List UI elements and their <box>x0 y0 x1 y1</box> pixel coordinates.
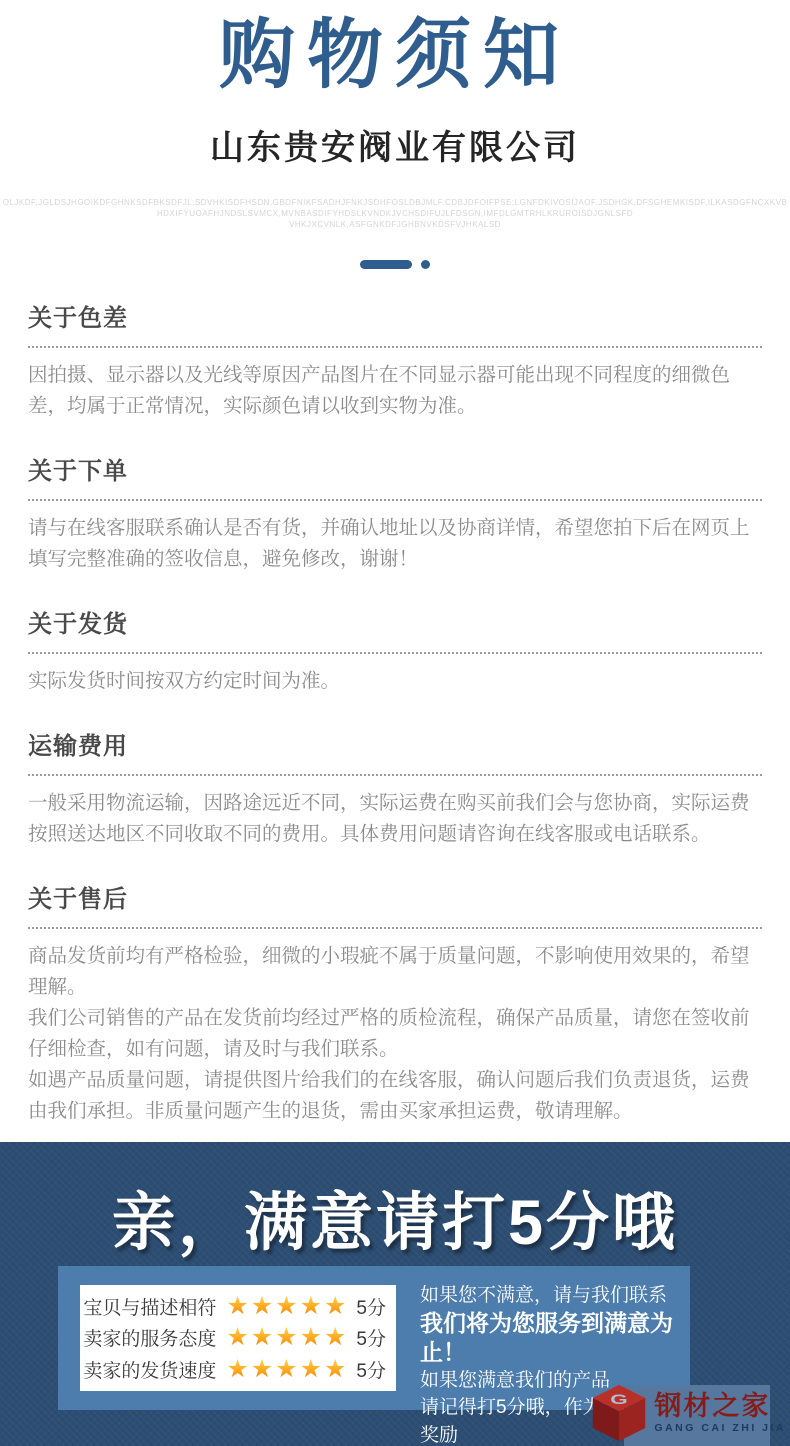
dotted-divider <box>28 927 762 929</box>
brand-name-cn: 钢材之家 <box>654 1393 786 1420</box>
section-paragraph: 实际发货时间按双方约定时间为准。 <box>28 666 762 697</box>
rating-label: 卖家的发货速度 <box>83 1356 216 1383</box>
section-freight-cost: 运输费用 一般采用物流运输，因路途远近不同，实际运费在购买前我们会与您协商，实际… <box>28 726 762 850</box>
section-paragraph: 我们公司销售的产品在发货前均经过严格的质检流程，确保产品质量，请您在签收前仔细检… <box>28 1003 762 1065</box>
svg-text:G: G <box>611 1391 629 1407</box>
rating-score: 5分 <box>356 1356 386 1383</box>
fineprint-line: VHKJXCVNLK,ASFGNKDFJGHBNVKDSFVJHKALSD <box>0 219 790 230</box>
section-heading: 关于色差 <box>28 298 762 333</box>
star-rating-icon: ★★★★★ <box>226 1325 348 1350</box>
dotted-divider <box>28 499 762 501</box>
message-line: 我们将为您服务到满意为止！ <box>420 1309 690 1367</box>
section-paragraph: 一般采用物流运输，因路途远近不同，实际运费在购买前我们会与您协商，实际运费按照送… <box>28 788 762 850</box>
section-heading: 运输费用 <box>28 726 762 761</box>
rating-banner: 亲，满意请打5分哦 宝贝与描述相符 ★★★★★ 5分 卖家的服务态度 ★★★★★… <box>0 1142 790 1446</box>
page-title: 购物须知 <box>0 14 790 98</box>
star-rating-icon: ★★★★★ <box>226 1357 348 1382</box>
section-heading: 关于售后 <box>28 879 762 914</box>
company-name: 山东贵安阀业有限公司 <box>0 120 790 169</box>
red-cube-icon: G <box>590 1383 648 1443</box>
section-paragraph: 因拍摄、显示器以及光线等原因产品图片在不同显示器可能出现不同程度的细微色差，均属… <box>28 360 762 422</box>
message-line: 如果您不满意，请与我们联系 <box>420 1282 690 1309</box>
star-rating-icon: ★★★★★ <box>226 1294 348 1319</box>
rating-box: 宝贝与描述相符 ★★★★★ 5分 卖家的服务态度 ★★★★★ 5分 卖家的发货速… <box>80 1285 396 1391</box>
brand-text: 钢材之家 GANG CAI ZHI JIA <box>654 1393 786 1434</box>
fineprint-block: OLJKDF,JGLDSJHGOIKDFGHNKSDFBKSDFJL,SDVHK… <box>0 197 790 230</box>
rating-row: 卖家的发货速度 ★★★★★ 5分 <box>90 1356 386 1383</box>
brand-name-en: GANG CAI ZHI JIA <box>654 1423 786 1434</box>
brand-logo: G 钢材之家 GANG CAI ZHI JIA <box>590 1383 786 1443</box>
divider <box>0 260 790 269</box>
shopping-notice-page: 购物须知 山东贵安阀业有限公司 OLJKDF,JGLDSJHGOIKDFGHNK… <box>0 0 790 1446</box>
fineprint-line: HDXIFYUOAFHJNDSLSVMCX,MVNBASDIFYHDSLKVND… <box>0 208 790 219</box>
fineprint-line: OLJKDF,JGLDSJHGOIKDFGHNKSDFBKSDFJL,SDVHK… <box>0 197 790 208</box>
rating-label: 卖家的服务态度 <box>83 1324 216 1351</box>
section-ordering: 关于下单 请与在线客服联系确认是否有货，并确认地址以及协商详情，希望您拍下后在网… <box>28 451 762 575</box>
section-heading: 关于发货 <box>28 604 762 639</box>
divider-bar <box>360 260 412 269</box>
rating-score: 5分 <box>356 1324 386 1351</box>
dotted-divider <box>28 652 762 654</box>
rating-score: 5分 <box>356 1293 386 1320</box>
section-heading: 关于下单 <box>28 451 762 486</box>
rating-row: 卖家的服务态度 ★★★★★ 5分 <box>90 1324 386 1351</box>
header: 购物须知 山东贵安阀业有限公司 OLJKDF,JGLDSJHGOIKDFGHNK… <box>0 0 790 269</box>
section-paragraph: 商品发货前均有严格检验，细微的小瑕疵不属于质量问题，不影响使用效果的，希望理解。 <box>28 941 762 1003</box>
divider-dot-icon <box>421 260 430 269</box>
banner-headline: 亲，满意请打5分哦 <box>0 1142 790 1263</box>
dotted-divider <box>28 774 762 776</box>
section-shipping: 关于发货 实际发货时间按双方约定时间为准。 <box>28 604 762 697</box>
section-after-sales: 关于售后 商品发货前均有严格检验，细微的小瑕疵不属于质量问题，不影响使用效果的，… <box>28 879 762 1127</box>
dotted-divider <box>28 346 762 348</box>
rating-row: 宝贝与描述相符 ★★★★★ 5分 <box>90 1293 386 1320</box>
section-paragraph: 如遇产品质量问题，请提供图片给我们的在线客服，确认问题后我们负责退货，运费由我们… <box>28 1065 762 1127</box>
section-paragraph: 请与在线客服联系确认是否有货，并确认地址以及协商详情，希望您拍下后在网页上填写完… <box>28 513 762 575</box>
section-color-difference: 关于色差 因拍摄、显示器以及光线等原因产品图片在不同显示器可能出现不同程度的细微… <box>28 298 762 422</box>
rating-label: 宝贝与描述相符 <box>83 1293 216 1320</box>
